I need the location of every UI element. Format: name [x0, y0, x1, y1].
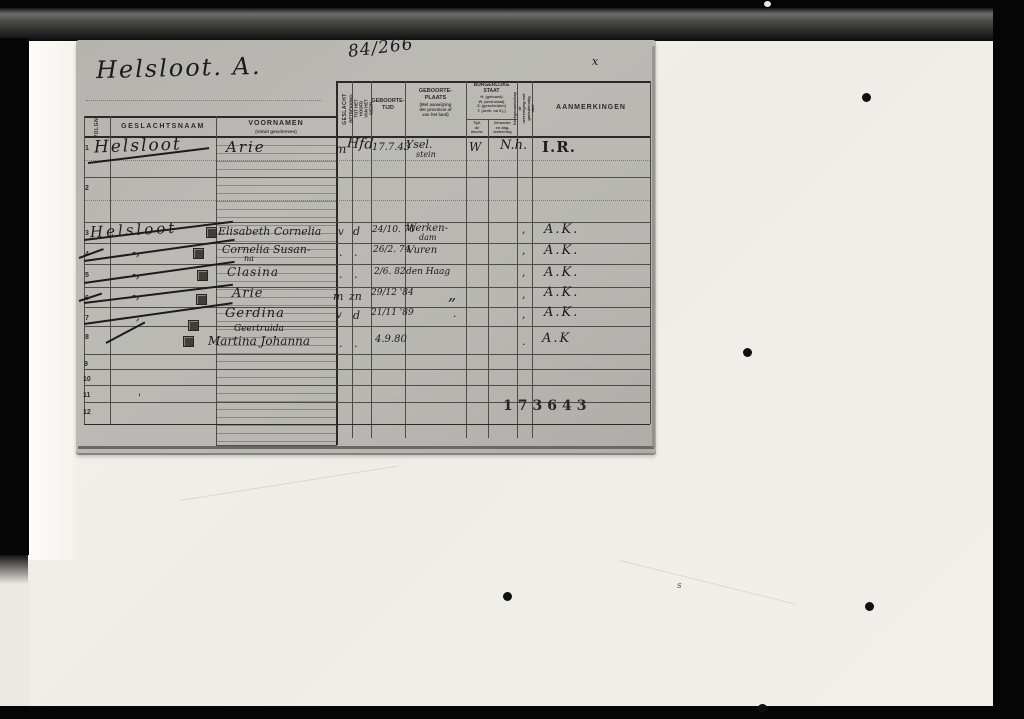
col-header-burgerlijke-staat: BURGERLIJKE STAAT: [466, 83, 517, 94]
row-number: 8: [85, 334, 89, 341]
row5-voornamen: Clasina: [227, 266, 279, 278]
registration-dot: [503, 592, 512, 601]
row11-mark: ': [138, 394, 141, 404]
paper-lower-left: [0, 553, 30, 708]
row4-geslacht: .: [339, 247, 343, 258]
archive-number-stamp: 173643: [503, 398, 591, 414]
row1-kerkgenootschap: N.h.: [500, 139, 527, 152]
title-rule: [86, 100, 322, 101]
row6-betrekking: zn: [349, 291, 362, 302]
col-header-geboorteplaats-sub: (Met aanwijzing der provincie of van het…: [405, 102, 466, 117]
removal-stamp-icon: [188, 320, 199, 331]
registration-dot: [743, 348, 752, 357]
row7-betrekking: d: [353, 310, 360, 321]
row1-voornamen: Arie: [226, 140, 266, 155]
strikethrough-short: [106, 321, 146, 343]
row6-geboortetijd: 29/12 '84: [371, 289, 414, 298]
row3-voornamen: Elisabeth Cornelia: [218, 226, 321, 237]
row7-geboortetijd: 21/11 '89: [371, 309, 414, 318]
row5-geboorteplaats: den Haag: [406, 268, 450, 277]
row7-aanmerkingen: A.K.: [544, 306, 579, 319]
row8-geslacht: .: [339, 338, 343, 349]
row-number: 7: [85, 315, 89, 322]
row3-kerk: ,: [522, 224, 526, 235]
microfilm-scan: s 84/266 Helsloot. A. x: [0, 0, 1024, 719]
col-header-aanmerkingen: AANMERKINGEN: [532, 104, 650, 111]
row6-geboorteplaats-ditto: „: [448, 287, 456, 303]
col-header-kerkgenootschap: Kerkgenootschap of vereeniging met godsd…: [517, 81, 532, 136]
white-speck: [764, 1, 771, 7]
row-number: 1: [85, 145, 89, 152]
row3-aanmerkingen: A.K.: [544, 223, 579, 236]
col-header-geboorteplaats: GEBOORTE- PLAATS: [405, 88, 466, 101]
col-header-geboortetijd: GEBOORTE- TIJD: [371, 98, 405, 112]
row5-kerk: ,: [522, 267, 526, 278]
row4-betrekking: .: [354, 247, 358, 258]
removal-stamp-icon: [197, 270, 208, 281]
row1-betrekking: Hfd: [347, 136, 374, 152]
row4-voornamen: Cornelia Susan-: [222, 244, 311, 255]
col-header-volgnr: VOLGN.: [84, 117, 110, 136]
row1-geboortetijd: 17.7.43: [372, 143, 410, 153]
row8-aanmerkingen: A.K: [542, 332, 571, 345]
removal-stamp-icon: [193, 248, 204, 259]
film-border-bottom: [0, 706, 1024, 719]
population-register-card: 84/266 Helsloot. A. x: [76, 40, 656, 453]
row7-geslacht: v: [336, 311, 342, 321]
registration-dot: [758, 704, 767, 712]
card-title: Helsloot. A.: [96, 54, 262, 82]
row7-kerk: ,: [522, 309, 526, 320]
registration-dot: [865, 602, 874, 611]
row3-geslacht: v: [338, 228, 344, 238]
row-number: 9: [84, 361, 88, 368]
row1-burgerlijke-staat: W: [469, 141, 481, 153]
removal-stamp-icon: [196, 294, 207, 305]
row1-geboorteplaats: Ysel.: [406, 139, 432, 150]
row4-voornamen2: na: [244, 255, 254, 263]
row8-voornamen-top: Geertruida: [234, 325, 284, 334]
row5-geboortetijd: 2/6. 82: [374, 268, 406, 277]
row7-voornamen: Gerdina: [225, 307, 285, 320]
col-header-geslachtsnaam: GESLACHTSNAAM: [110, 123, 216, 130]
check-mark: x: [592, 56, 598, 67]
registration-dot: [862, 93, 871, 102]
row-number: 3: [85, 230, 89, 237]
removal-stamp-icon: [206, 227, 217, 238]
row-number: 10: [83, 376, 91, 383]
row6-voornamen: Arie: [232, 287, 263, 300]
row5-aanmerkingen: A.K.: [544, 266, 579, 279]
row8-voornamen: Martina Johanna: [208, 335, 310, 347]
row1-geslacht: m: [335, 143, 346, 155]
row6-kerk: ,: [522, 289, 526, 300]
row3-geboorteplaats2: dam: [419, 234, 436, 242]
film-number: 84/266: [347, 36, 414, 61]
film-border-right: [993, 0, 1024, 719]
row7-geboorteplaats: .: [453, 308, 457, 319]
row8-kerk: .: [522, 336, 526, 347]
row-number: 2: [85, 185, 89, 192]
removal-stamp-icon: [183, 336, 194, 347]
row-number: 12: [83, 409, 91, 416]
row5-betrekking: .: [354, 269, 358, 280]
row6-geslacht: m: [333, 291, 343, 302]
row8-geboortetijd: 4.9.80: [375, 335, 407, 345]
row5-geslacht: .: [339, 269, 343, 280]
row4-kerk: ,: [522, 245, 526, 256]
col-header-burg-sub1: Tijd. de inschr.: [466, 121, 488, 135]
col-header-burgerlijke-staat-sub: H. (gehuwd) W. (wed.staat) S. (gescheide…: [466, 95, 517, 113]
row1-aanmerkingen-stamp: I.R.: [542, 138, 576, 156]
row4-geboortetijd: 26/2. 74: [373, 246, 410, 255]
row-number: 5: [85, 272, 89, 279]
row6-aanmerkingen: A.K.: [544, 286, 579, 299]
row4-geboorteplaats: Vuren: [407, 246, 437, 256]
col-header-betrekking: BETREKKING TOT HET HOOFD VAN HET GEZIN: [352, 81, 371, 136]
film-border-left: [0, 38, 29, 555]
row3-betrekking: d: [353, 226, 360, 237]
row-number: 11: [83, 392, 90, 399]
row1-geboorteplaats2: stein: [416, 151, 436, 159]
row4-aanmerkingen: A.K.: [544, 244, 579, 257]
strikethrough: [84, 302, 233, 325]
row8-betrekking: .: [354, 338, 358, 349]
binding-rod: [0, 8, 1004, 41]
col-header-voornamen: VOORNAMEN: [216, 120, 336, 127]
corner-squiggle: s: [677, 582, 682, 591]
col-header-voornamen-sub: (Voluit geschreven): [216, 129, 336, 134]
page-edge-highlight: [28, 40, 80, 560]
